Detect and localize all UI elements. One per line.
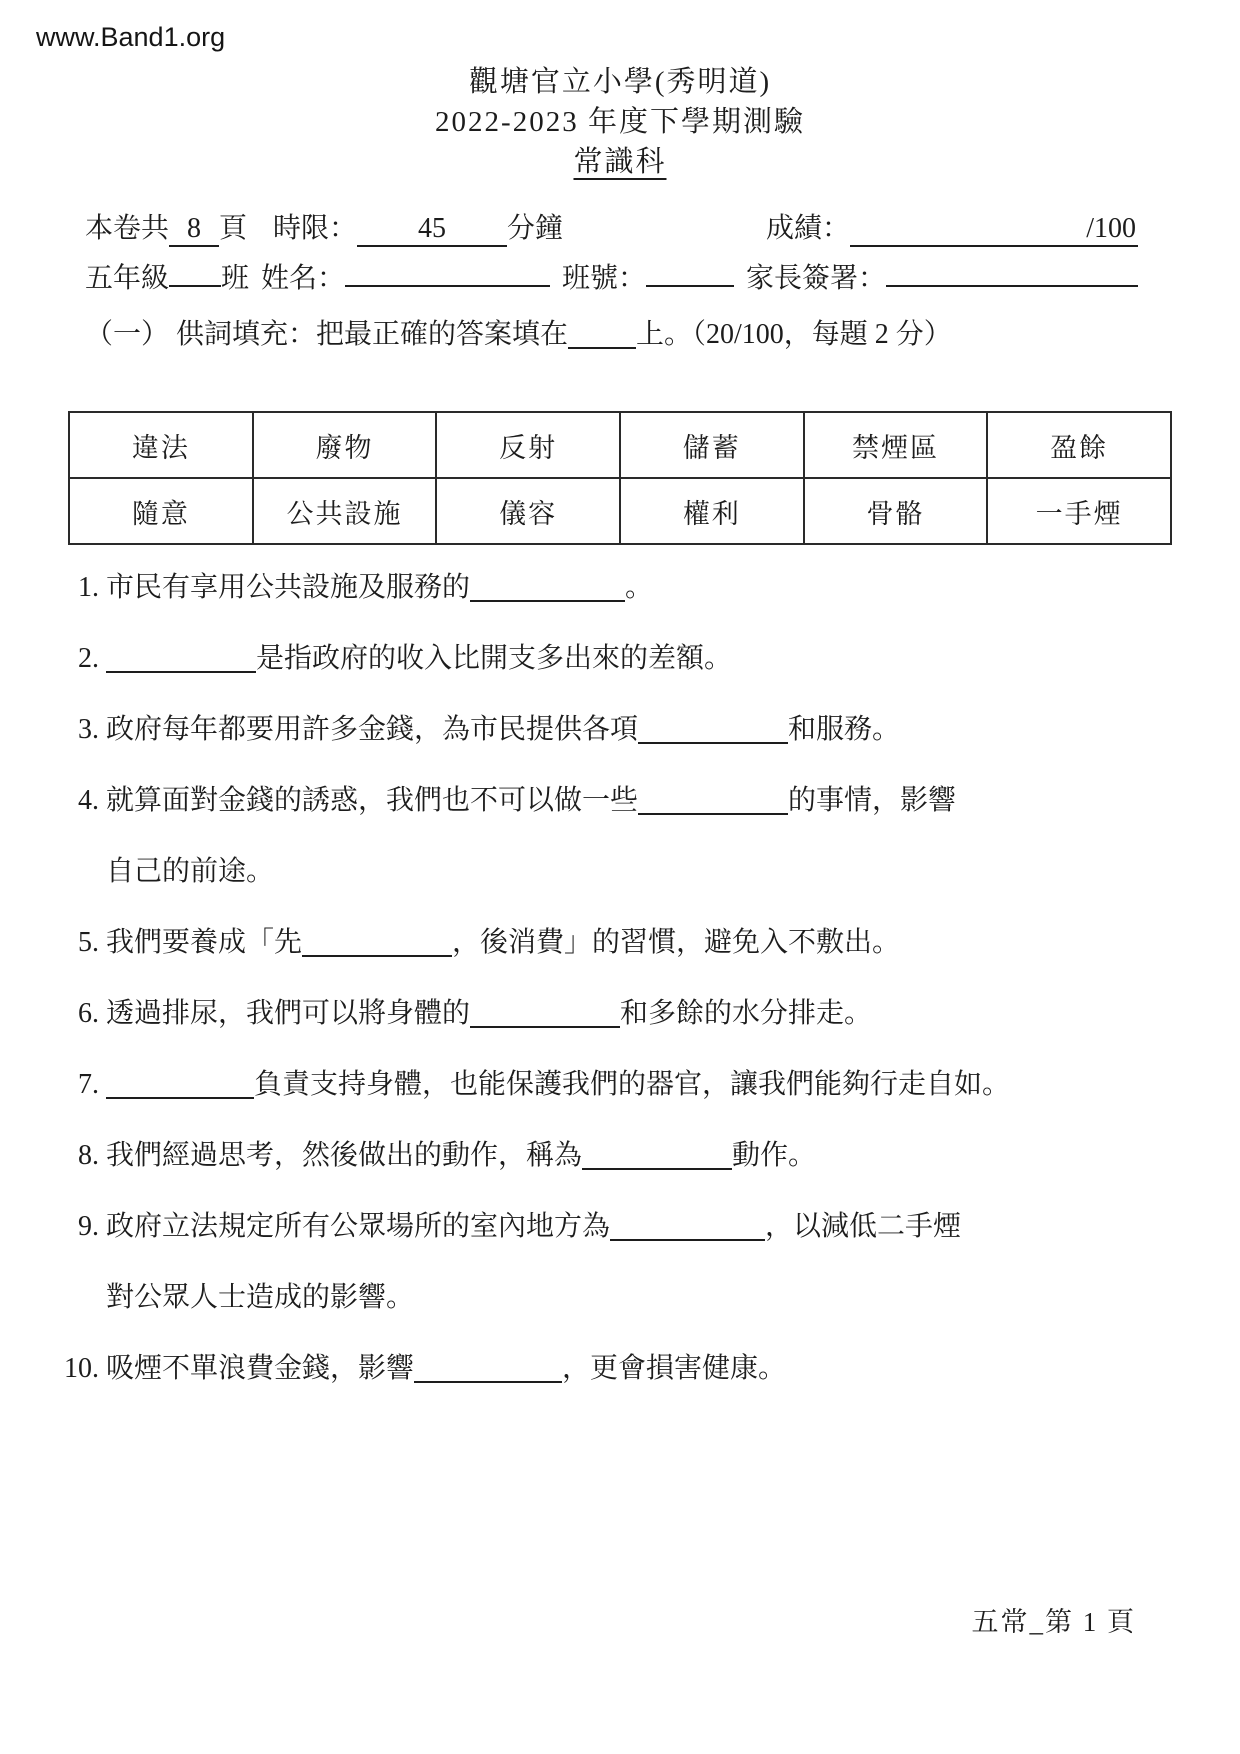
question: 3.政府每年都要用許多金錢，為市民提供各項和服務。 [60,694,1184,765]
question: 8.我們經過思考，然後做出的動作，稱為動作。 [60,1120,1184,1191]
answer-blank [582,1140,732,1170]
word-bank-cell: 廢物 [253,412,437,478]
section-heading: （一） 供詞填充：把最正確的答案填在上。（20/100，每題 2 分） [85,312,1180,352]
word-bank-cell: 盈餘 [987,412,1171,478]
question: 4.就算面對金錢的誘惑，我們也不可以做一些的事情，影響自己的前途。 [60,765,1184,907]
answer-blank [302,927,452,957]
question-number: 6. [60,978,106,1049]
title-block: 觀塘官立小學(秀明道) 2022-2023 年度下學期測驗 常識科 [0,62,1240,182]
question-text: 是指政府的收入比開支多出來的差額。 [106,623,1184,694]
word-bank-row: 隨意公共設施儀容權利骨骼一手煙 [69,478,1171,544]
classno-group: 班號： [562,256,734,296]
word-bank-cell: 隨意 [69,478,253,544]
parent-sign-label: 家長簽署： [746,256,886,296]
question-number: 10. [60,1333,106,1404]
word-bank-cell: 權利 [620,478,804,544]
question: 1.市民有享用公共設施及服務的。 [60,552,1184,623]
pages-label-prefix: 本卷共 [85,206,169,246]
school-name: 觀塘官立小學(秀明道) [0,62,1240,102]
answer-blank [414,1353,562,1383]
time-label: 時限： [273,206,357,246]
answer-blank [106,643,256,673]
question-text: 就算面對金錢的誘惑，我們也不可以做一些的事情，影響自己的前途。 [106,765,1184,907]
question-text: 市民有享用公共設施及服務的。 [106,552,1184,623]
time-value-field: 45 [357,213,507,247]
section-heading-pre: （一） 供詞填充：把最正確的答案填在 [85,319,568,350]
answer-blank [106,1069,254,1099]
word-bank-table: 違法廢物反射儲蓄禁煙區盈餘隨意公共設施儀容權利骨骼一手煙 [68,411,1172,545]
time-group: 時限： 45 分鐘 [273,206,563,247]
section-heading-post: 上。（20/100，每題 2 分） [636,319,952,350]
question-text: 政府每年都要用許多金錢，為市民提供各項和服務。 [106,694,1184,765]
word-bank-cell: 反射 [436,412,620,478]
question-text: 我們經過思考，然後做出的動作，稱為動作。 [106,1120,1184,1191]
question: 9.政府立法規定所有公眾場所的室內地方為，以減低二手煙對公眾人士造成的影響。 [60,1191,1184,1333]
score-group: 成績： /100 [766,206,1138,247]
word-bank-cell: 違法 [69,412,253,478]
page-footer: 五常_第 1 頁 [972,1600,1137,1639]
question-text: 負責支持身體，也能保護我們的器官，讓我們能夠行走自如。 [106,1049,1184,1120]
classno-label: 班號： [562,256,646,296]
answer-blank [638,785,788,815]
question-text: 我們要養成「先，後消費」的習慣，避免入不敷出。 [106,907,1184,978]
word-bank-cell: 禁煙區 [804,412,988,478]
grade-label: 五年級 [85,256,169,296]
word-bank-cell: 骨骼 [804,478,988,544]
pages-value-field: 8 [169,213,219,247]
class-suffix: 班 [221,256,249,296]
info-block: 本卷共 8 頁 時限： 45 分鐘 成績： /100 五年級 班 姓名： [85,206,1138,304]
answer-blank [638,714,788,744]
question-number: 4. [60,765,106,836]
parent-sign-field [886,257,1138,287]
question-number: 7. [60,1049,106,1120]
question-text: 吸煙不單浪費金錢，影響，更會損害健康。 [106,1333,1184,1404]
score-field: /100 [850,213,1138,247]
question: 5.我們要養成「先，後消費」的習慣，避免入不敷出。 [60,907,1184,978]
parent-sign-group: 家長簽署： [746,256,1138,296]
section-heading-blank [568,319,636,349]
classno-field [646,257,734,287]
word-bank-cell: 儀容 [436,478,620,544]
info-line-1: 本卷共 8 頁 時限： 45 分鐘 成績： /100 [85,206,1138,254]
word-bank-row: 違法廢物反射儲蓄禁煙區盈餘 [69,412,1171,478]
answer-blank [470,998,620,1028]
word-bank-cell: 儲蓄 [620,412,804,478]
question-text: 透過排尿，我們可以將身體的和多餘的水分排走。 [106,978,1184,1049]
pages-label-suffix: 頁 [219,206,247,246]
question-number: 5. [60,907,106,978]
question-number: 2. [60,623,106,694]
word-bank-cell: 公共設施 [253,478,437,544]
question: 10.吸煙不單浪費金錢，影響，更會損害健康。 [60,1333,1184,1404]
word-bank-cell: 一手煙 [987,478,1171,544]
question: 6.透過排尿，我們可以將身體的和多餘的水分排走。 [60,978,1184,1049]
word-bank-body: 違法廢物反射儲蓄禁煙區盈餘隨意公共設施儀容權利骨骼一手煙 [69,412,1171,544]
question: 2.是指政府的收入比開支多出來的差額。 [60,623,1184,694]
question-list: 1.市民有享用公共設施及服務的。2.是指政府的收入比開支多出來的差額。3.政府每… [60,552,1184,1404]
grade-class-group: 五年級 班 [85,256,249,296]
answer-blank [470,572,625,602]
answer-blank [610,1211,765,1241]
subject-title: 常識科 [0,142,1240,182]
watermark: www.Band1.org [36,22,225,53]
question-number: 1. [60,552,106,623]
name-group: 姓名： [261,256,550,296]
pages-group: 本卷共 8 頁 [85,206,247,247]
name-label: 姓名： [261,256,345,296]
question-number: 9. [60,1191,106,1262]
question-text: 政府立法規定所有公眾場所的室內地方為，以減低二手煙對公眾人士造成的影響。 [106,1191,1184,1333]
question-number: 8. [60,1120,106,1191]
exam-term: 2022-2023 年度下學期測驗 [0,102,1240,142]
info-line-2: 五年級 班 姓名： 班號： 家長簽署： [85,256,1138,304]
score-label: 成績： [766,206,850,246]
name-field [345,257,550,287]
exam-paper-page: www.Band1.org 觀塘官立小學(秀明道) 2022-2023 年度下學… [0,0,1240,1754]
question: 7.負責支持身體，也能保護我們的器官，讓我們能夠行走自如。 [60,1049,1184,1120]
class-field [169,257,221,287]
time-unit: 分鐘 [507,206,563,246]
question-number: 3. [60,694,106,765]
